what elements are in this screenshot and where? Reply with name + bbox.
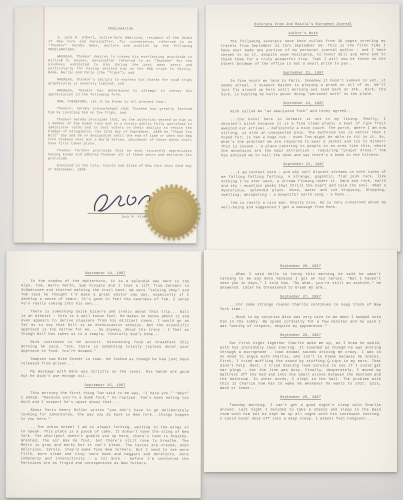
paragraph: ...I am content here - and why not? Glac…	[221, 170, 386, 198]
date-heading: September 21, 1987	[221, 71, 386, 76]
paragraph: Sampson saw Mike Snider in town. He look…	[21, 357, 189, 366]
paragraph: ...Much to my surprise Nick was very nic…	[220, 316, 381, 330]
journal-page-one: Excerpts From Joe Raiola's European Jour…	[206, 4, 401, 253]
journal-body: September 24, 1987 In the shadow of the …	[21, 267, 190, 470]
date-heading: September 25, 1987	[21, 383, 189, 388]
paragraph: In the shadow of the Matterhorn, it is a…	[21, 279, 189, 306]
date-heading: September 27, 1987	[220, 295, 381, 300]
paragraph: My massage with Hans was strictly on the…	[21, 370, 189, 379]
photo-of-documents: PROCLAMATION I, Jack M. Albert, native-b…	[0, 0, 403, 500]
paragraph: Nick continues to be uncivil. Discussing…	[21, 340, 189, 354]
authors-note-heading: Author's Note	[221, 31, 386, 36]
document-title: Excerpts From Joe Raiola's European Jour…	[221, 22, 386, 27]
paragraph: ...For some strange reason Charlie conti…	[220, 303, 381, 312]
paragraph: The following excerpts have been culled …	[221, 39, 386, 67]
date-heading: September 28, 1987	[220, 334, 381, 339]
date-heading: September 24, 1987	[21, 271, 189, 276]
date-heading: September 23, 1987	[221, 162, 386, 167]
paragraph: About Paris Henry Miller writes "you don…	[21, 408, 189, 422]
paragraph: Our first night together Charlie woke me…	[220, 342, 381, 392]
date-heading: September 26, 1987	[220, 265, 381, 270]
proclamation-document: PROCLAMATION I, Jack M. Albert, native-b…	[13, 7, 197, 244]
gold-seal-icon	[143, 183, 201, 241]
paragraph: ...The urban animal I am is always lurki…	[21, 425, 189, 466]
paragraph: Tuesday morning. I can't get a good nigh…	[220, 404, 381, 422]
journal-body: Excerpts From Joe Raiola's European Jour…	[221, 18, 387, 214]
journal-page-three: September 26, 1987 ...When I said hello …	[204, 250, 397, 472]
signature-block: Jack M. Albert	[13, 7, 197, 244]
paragraph: Nick called me "an emaciated fuck" and L…	[221, 109, 386, 114]
paragraph: In five hours we land in Paris. Somehow …	[221, 79, 386, 98]
paragraph: There is something quite bizarre and iro…	[21, 310, 189, 337]
journal-page-two: September 24, 1987 In the shadow of the …	[6, 251, 202, 499]
paragraph: ...When I said hello to Lenny this morni…	[220, 273, 381, 291]
paragraph: ...the hotel here in Zermatt is not to m…	[221, 117, 386, 158]
date-heading: September 22, 1987	[221, 101, 386, 106]
paragraph: This morning the first thing Tom said to…	[21, 391, 189, 405]
journal-body: September 26, 1987 ...When I said hello …	[220, 260, 381, 425]
date-heading: September 29, 1987	[220, 396, 381, 401]
paragraph: Tom is really a nice man. Really nice. H…	[221, 201, 386, 211]
